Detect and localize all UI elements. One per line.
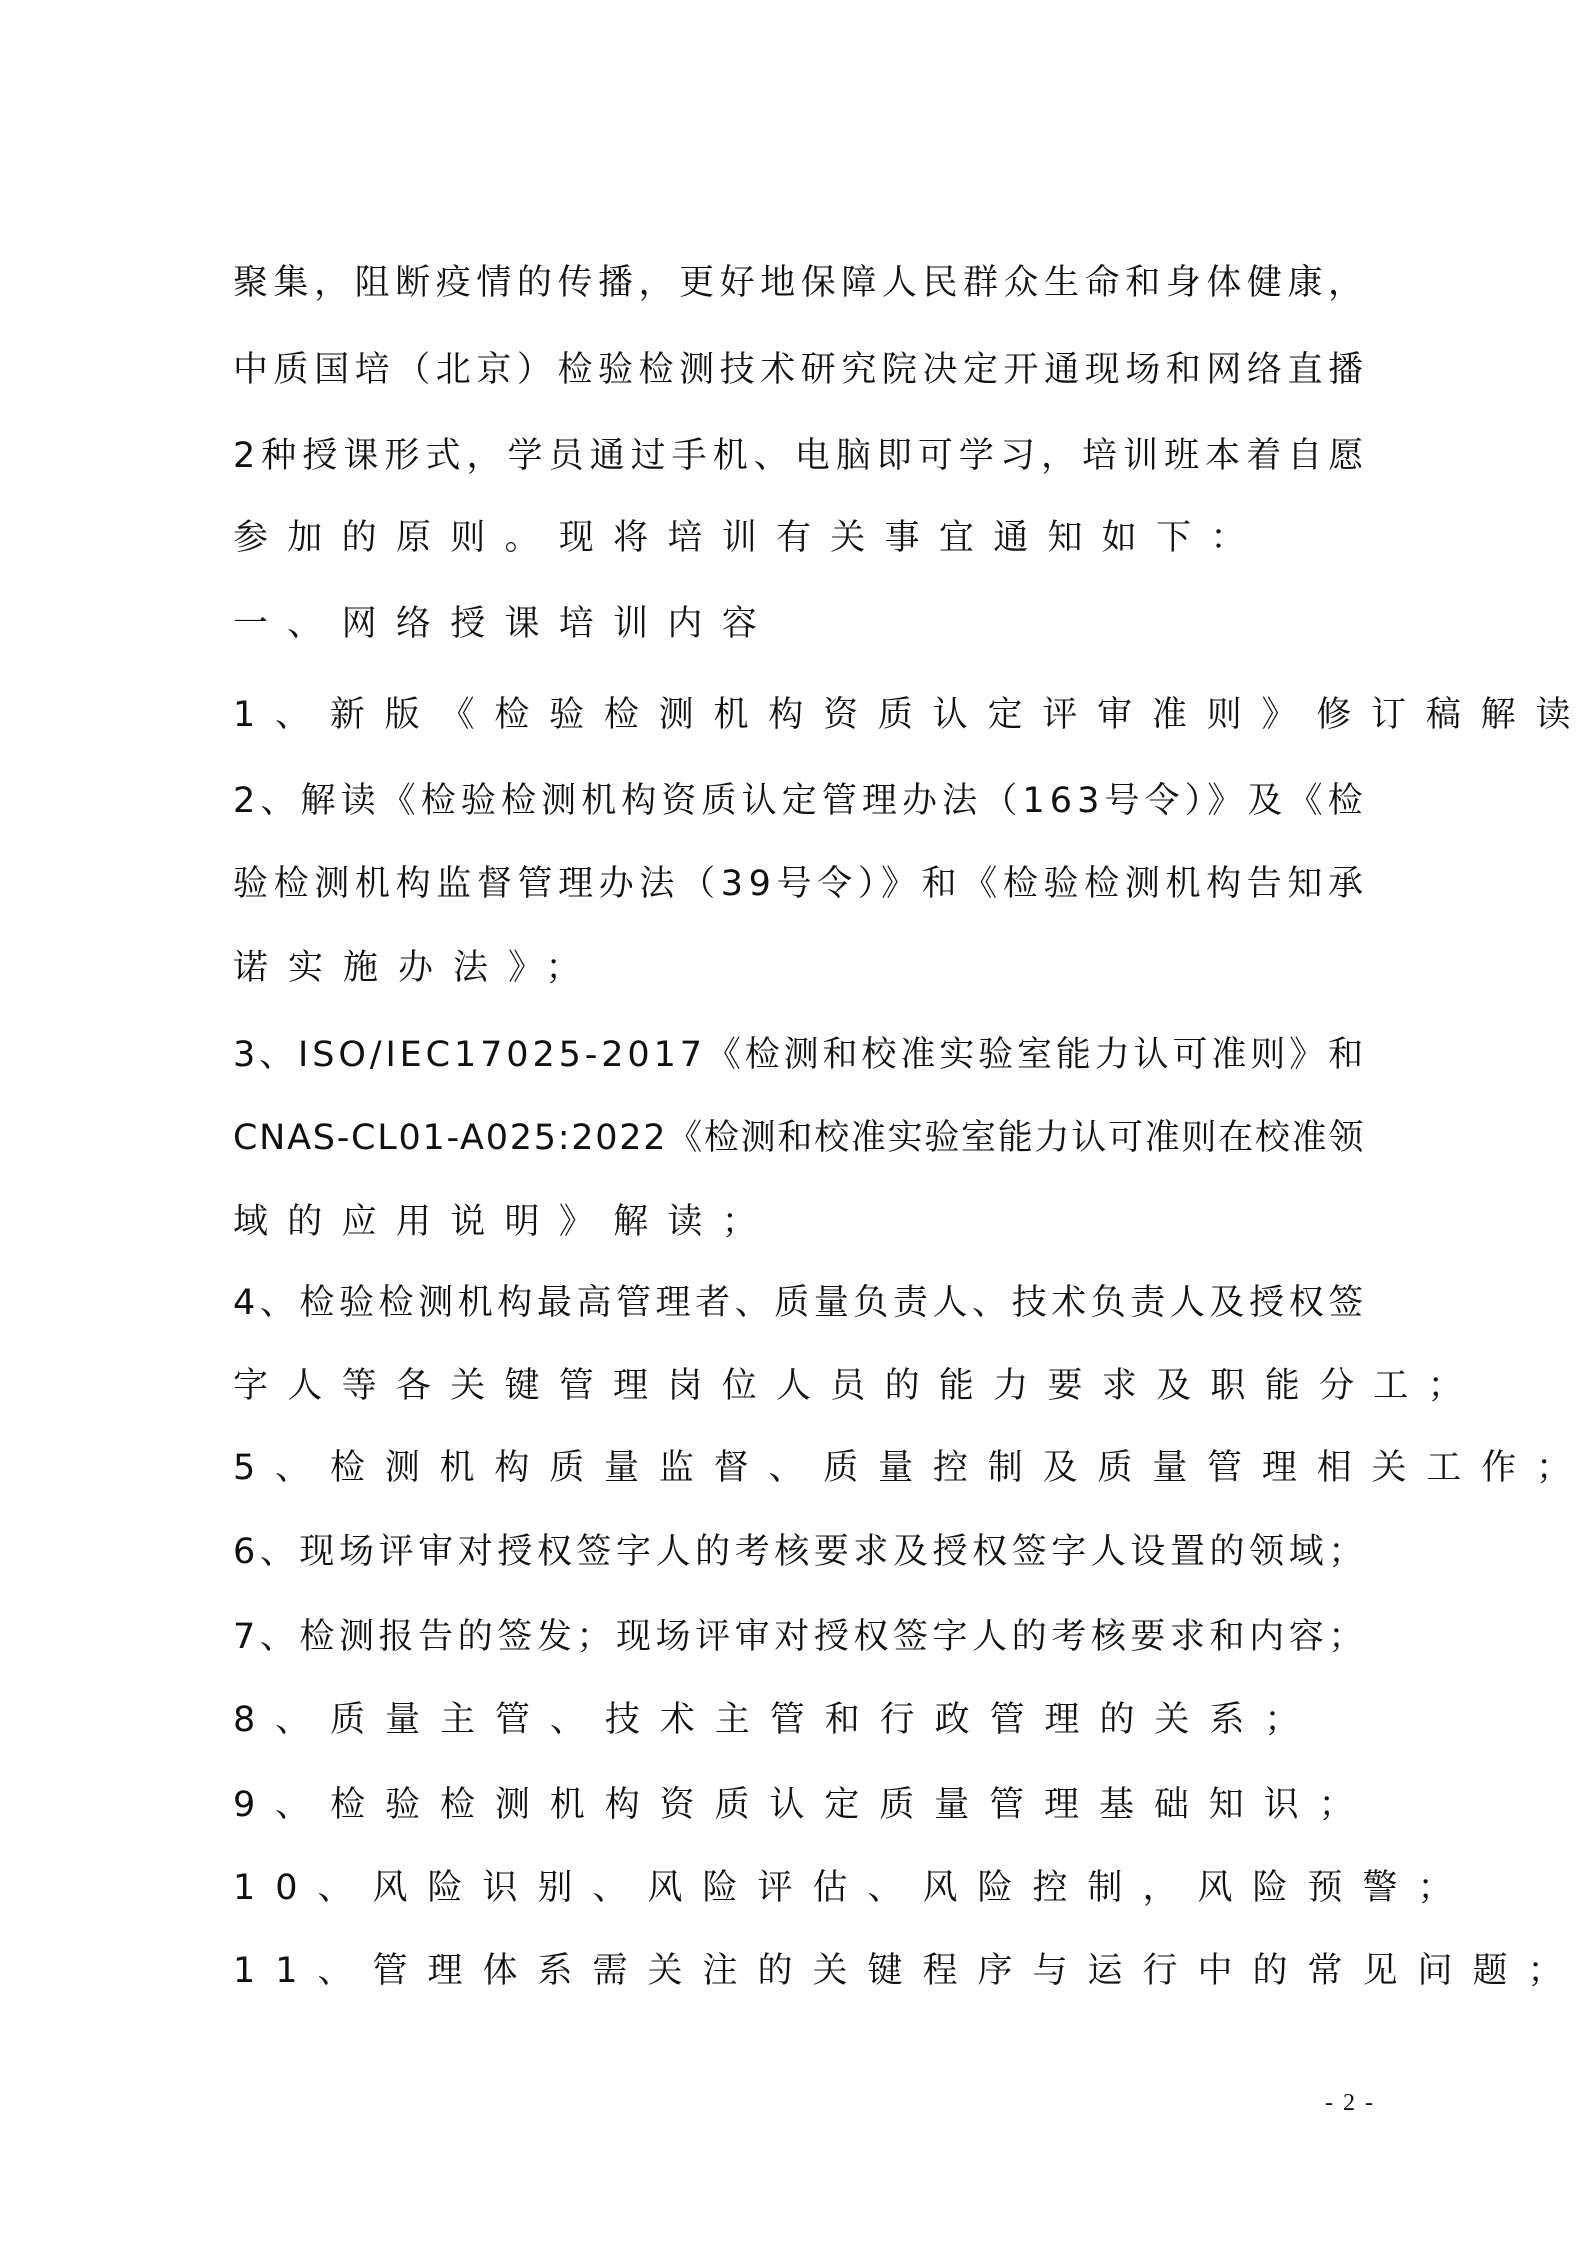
list-item: 10、风险识别、风险评估、风险控制，风险预警；	[233, 1866, 1473, 1910]
paragraph-line: 聚集，阻断疫情的传播，更好地保障人民群众生命和身体健康，	[233, 261, 1369, 305]
list-item: 3、ISO/IEC17025-2017《检测和校准实验室能力认可准则》和	[233, 1033, 1367, 1077]
paragraph-line: 中质国培（北京）检验检测技术研究院决定开通现场和网络直播	[233, 348, 1369, 392]
list-item: 5、检测机构质量监督、质量控制及质量管理相关工作；	[233, 1446, 1588, 1490]
list-item-continuation: CNAS-CL01-A025:2022《检测和校准实验室能力认可准则在校准领	[233, 1116, 1365, 1160]
list-item-continuation: 诺实施办法》；	[233, 946, 601, 990]
list-item: 4、检验检测机构最高管理者、质量负责人、技术负责人及授权签	[233, 1281, 1368, 1325]
list-item-continuation: 验检测机构监督管理办法（39号令）》和《检验检测机构告知承	[233, 862, 1369, 906]
page-number: - 2 -	[1325, 2090, 1375, 2117]
list-item: 6、现场评审对授权签字人的考核要求及授权签字人设置的领域；	[233, 1530, 1368, 1574]
paragraph-line: 参加的原则。现将培训有关事宜通知如下：	[233, 516, 1265, 560]
list-item: 11、管理体系需关注的关键程序与运行中的常见问题；	[233, 1949, 1583, 1993]
list-item: 9、检验检测机构资质认定质量管理基础知识；	[233, 1783, 1374, 1827]
list-item: 1、新版《检验检测机构资质认定评审准则》修订稿解读；	[233, 693, 1588, 737]
list-item-continuation: 字人等各关键管理岗位人员的能力要求及职能分工；	[233, 1364, 1482, 1408]
document-page: 聚集，阻断疫情的传播，更好地保障人民群众生命和身体健康， 中质国培（北京）检验检…	[0, 0, 1588, 2245]
list-item: 2、解读《检验检测机构资质认定管理办法（163号令）》及《检	[233, 779, 1368, 823]
section-heading: 一、网络授课培训内容	[233, 602, 776, 646]
list-item-continuation: 域的应用说明》解读；	[233, 1200, 776, 1244]
list-item: 7、检测报告的签发；现场评审对授权签字人的考核要求和内容；	[233, 1615, 1368, 1659]
list-item: 8、质量主管、技术主管和行政管理的关系；	[233, 1698, 1319, 1742]
paragraph-line: 2种授课形式，学员通过手机、电脑即可学习，培训班本着自愿	[233, 434, 1369, 478]
